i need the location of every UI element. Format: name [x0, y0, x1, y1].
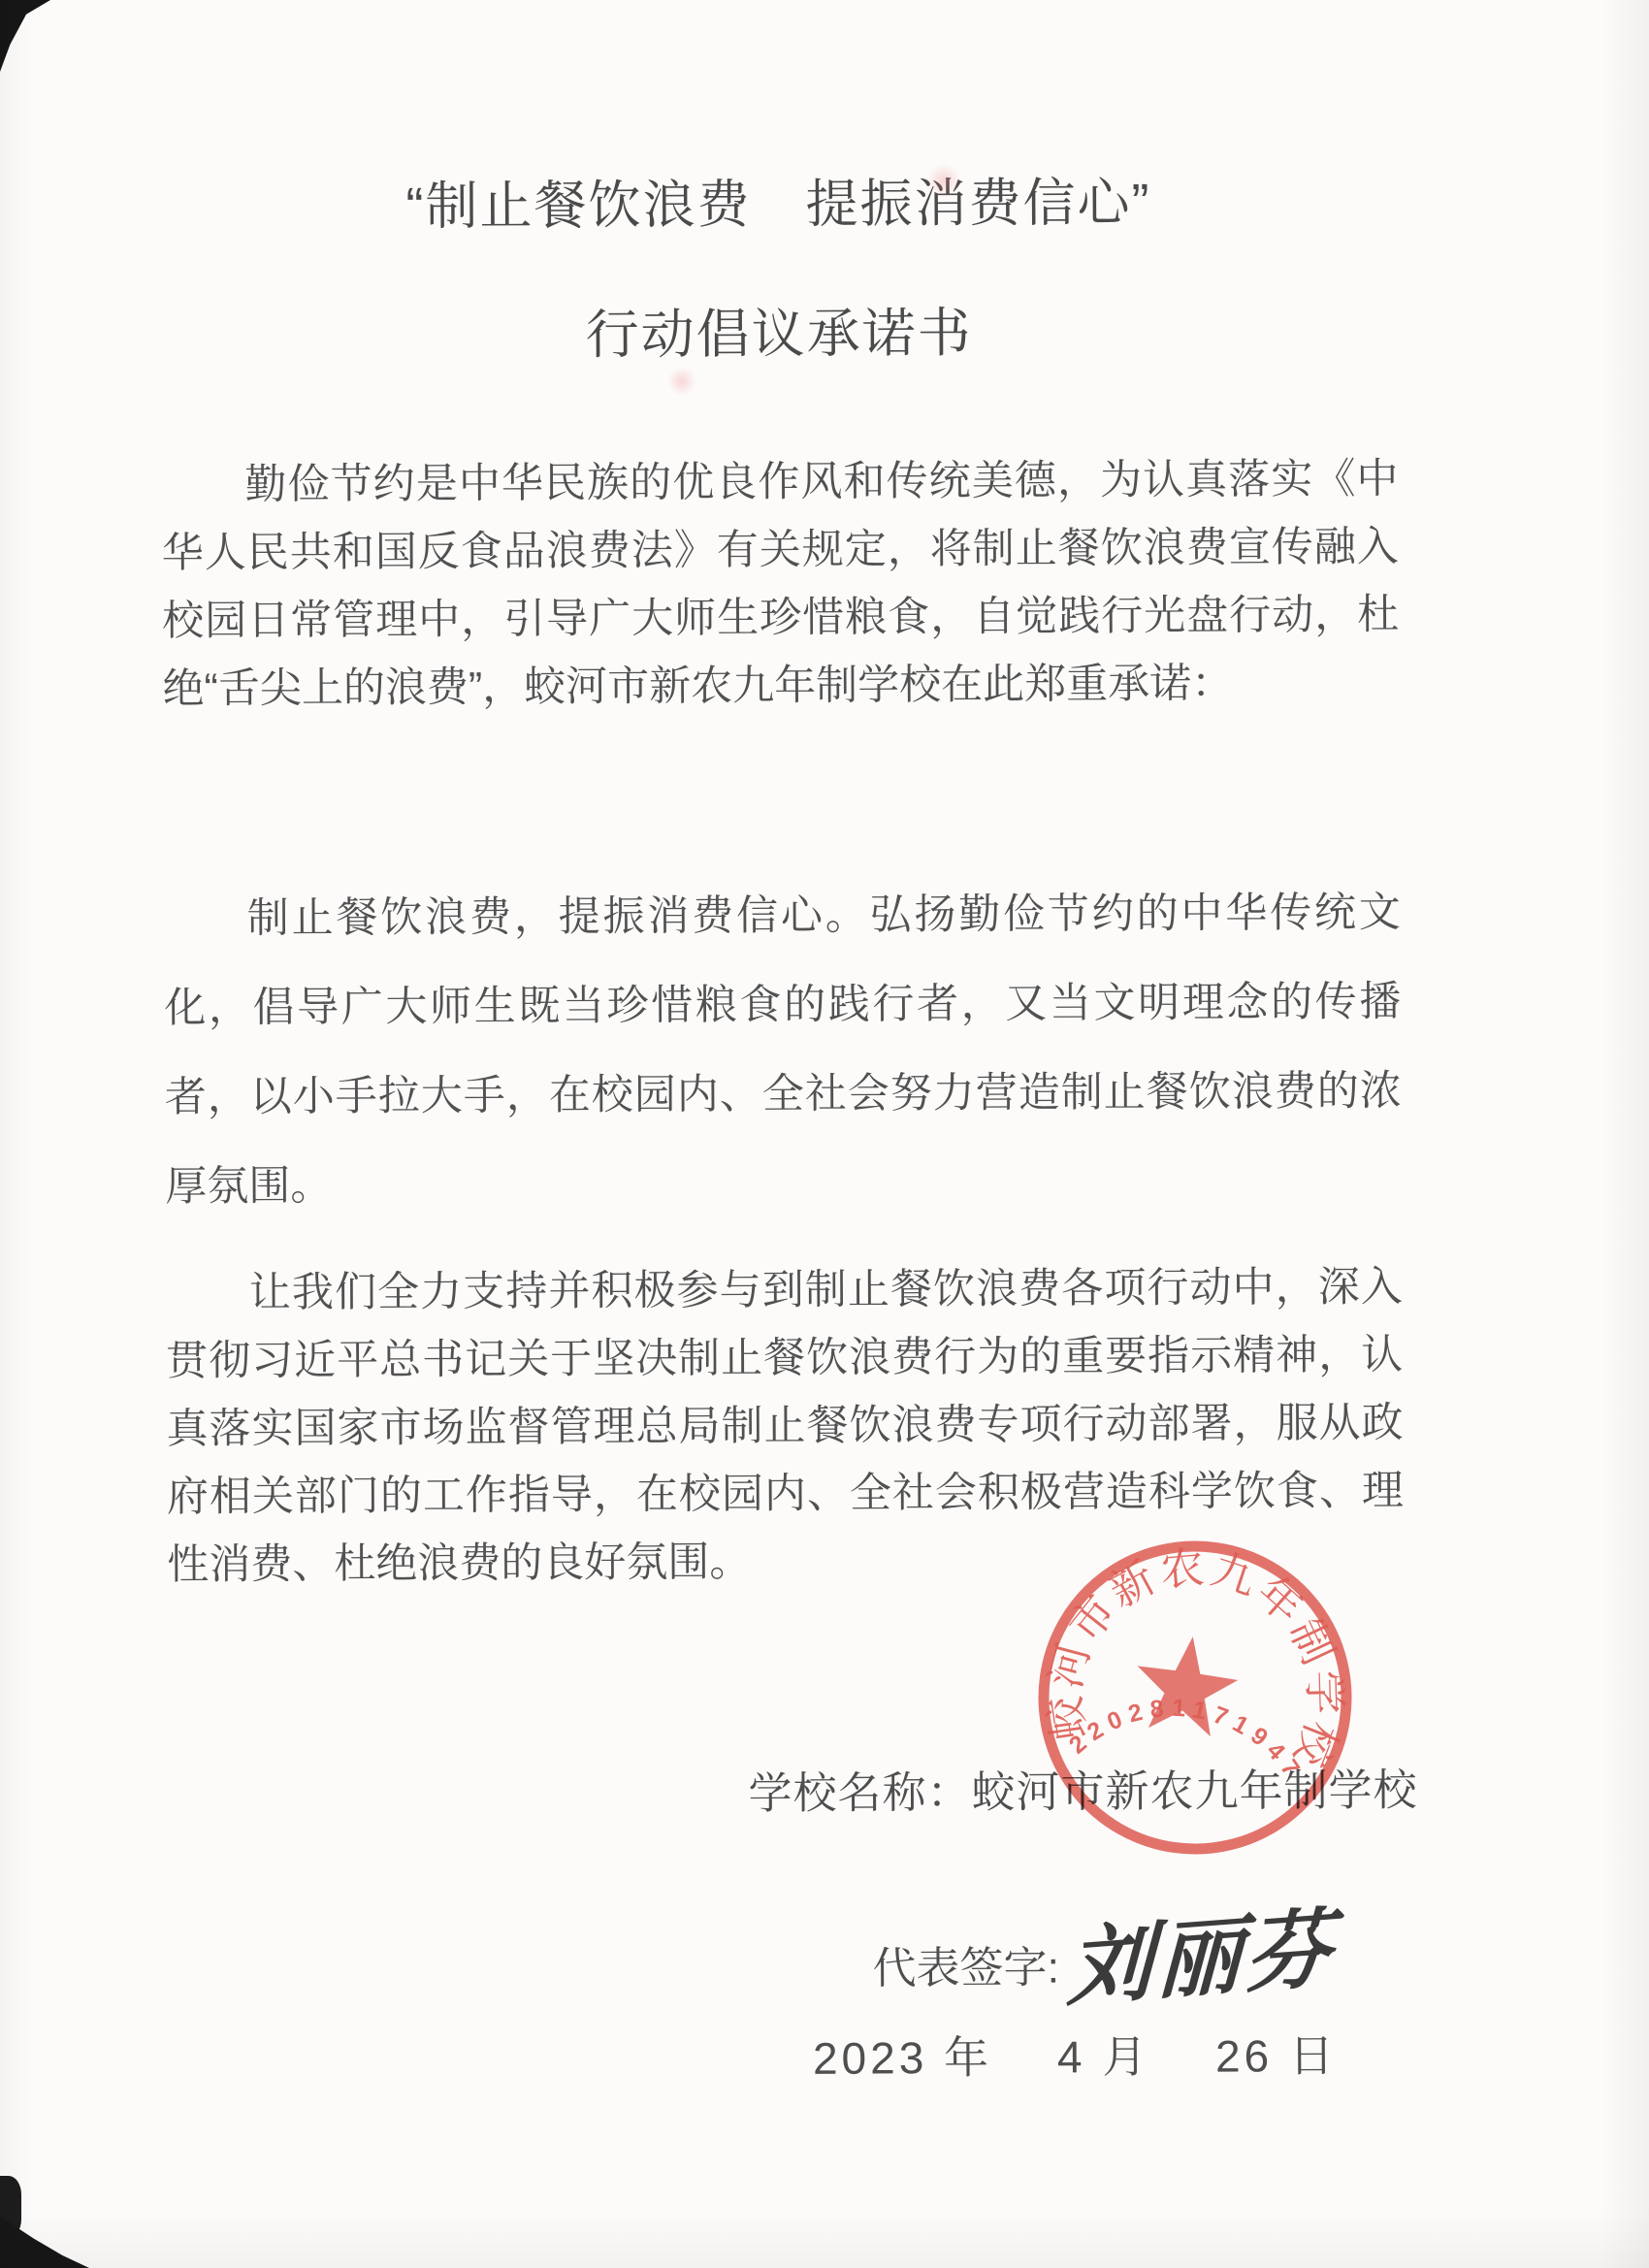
handwritten-signature: 刘丽芬	[1065, 1880, 1336, 2023]
seal-code: 220281171947	[1061, 1678, 1317, 1791]
document-title-line1: “制止餐饮浪费 提振消费信心”	[160, 160, 1397, 242]
scan-artifact-left-edge-blob	[0, 2176, 21, 2238]
date-line: 2023 年 4 月 26 日	[813, 2021, 1338, 2088]
scanned-document-page: “制止餐饮浪费 提振消费信心” 行动倡议承诺书 勤俭节约是中华民族的优良作风和传…	[0, 0, 1649, 2268]
official-seal: 蛟河市新农九年制学校 220281171947	[998, 1501, 1393, 1895]
signature-line: 代表签字:刘丽芬	[872, 1884, 1327, 2008]
body-paragraph-1: 勤俭节约是中华民族的优良作风和传统美德，为认真落实《中华人民共和国反食品浪费法》…	[161, 445, 1399, 724]
scan-artifact-top-left-corner	[0, 0, 50, 72]
school-name-label: 学校名称：	[748, 1767, 971, 1818]
signature-label: 代表签字:	[872, 1943, 1059, 1993]
body-paragraph-2: 制止餐饮浪费，提振消费信心。弘扬勤俭节约的中华传统文化，倡导广大师生既当珍惜粮食…	[164, 868, 1403, 1232]
document-title-line2: 行动倡议承诺书	[160, 288, 1397, 372]
scan-artifact-bottom-left-corner	[0, 2198, 89, 2268]
document-content: “制止餐饮浪费 提振消费信心” 行动倡议承诺书 勤俭节约是中华民族的优良作风和传…	[159, 0, 1407, 2268]
